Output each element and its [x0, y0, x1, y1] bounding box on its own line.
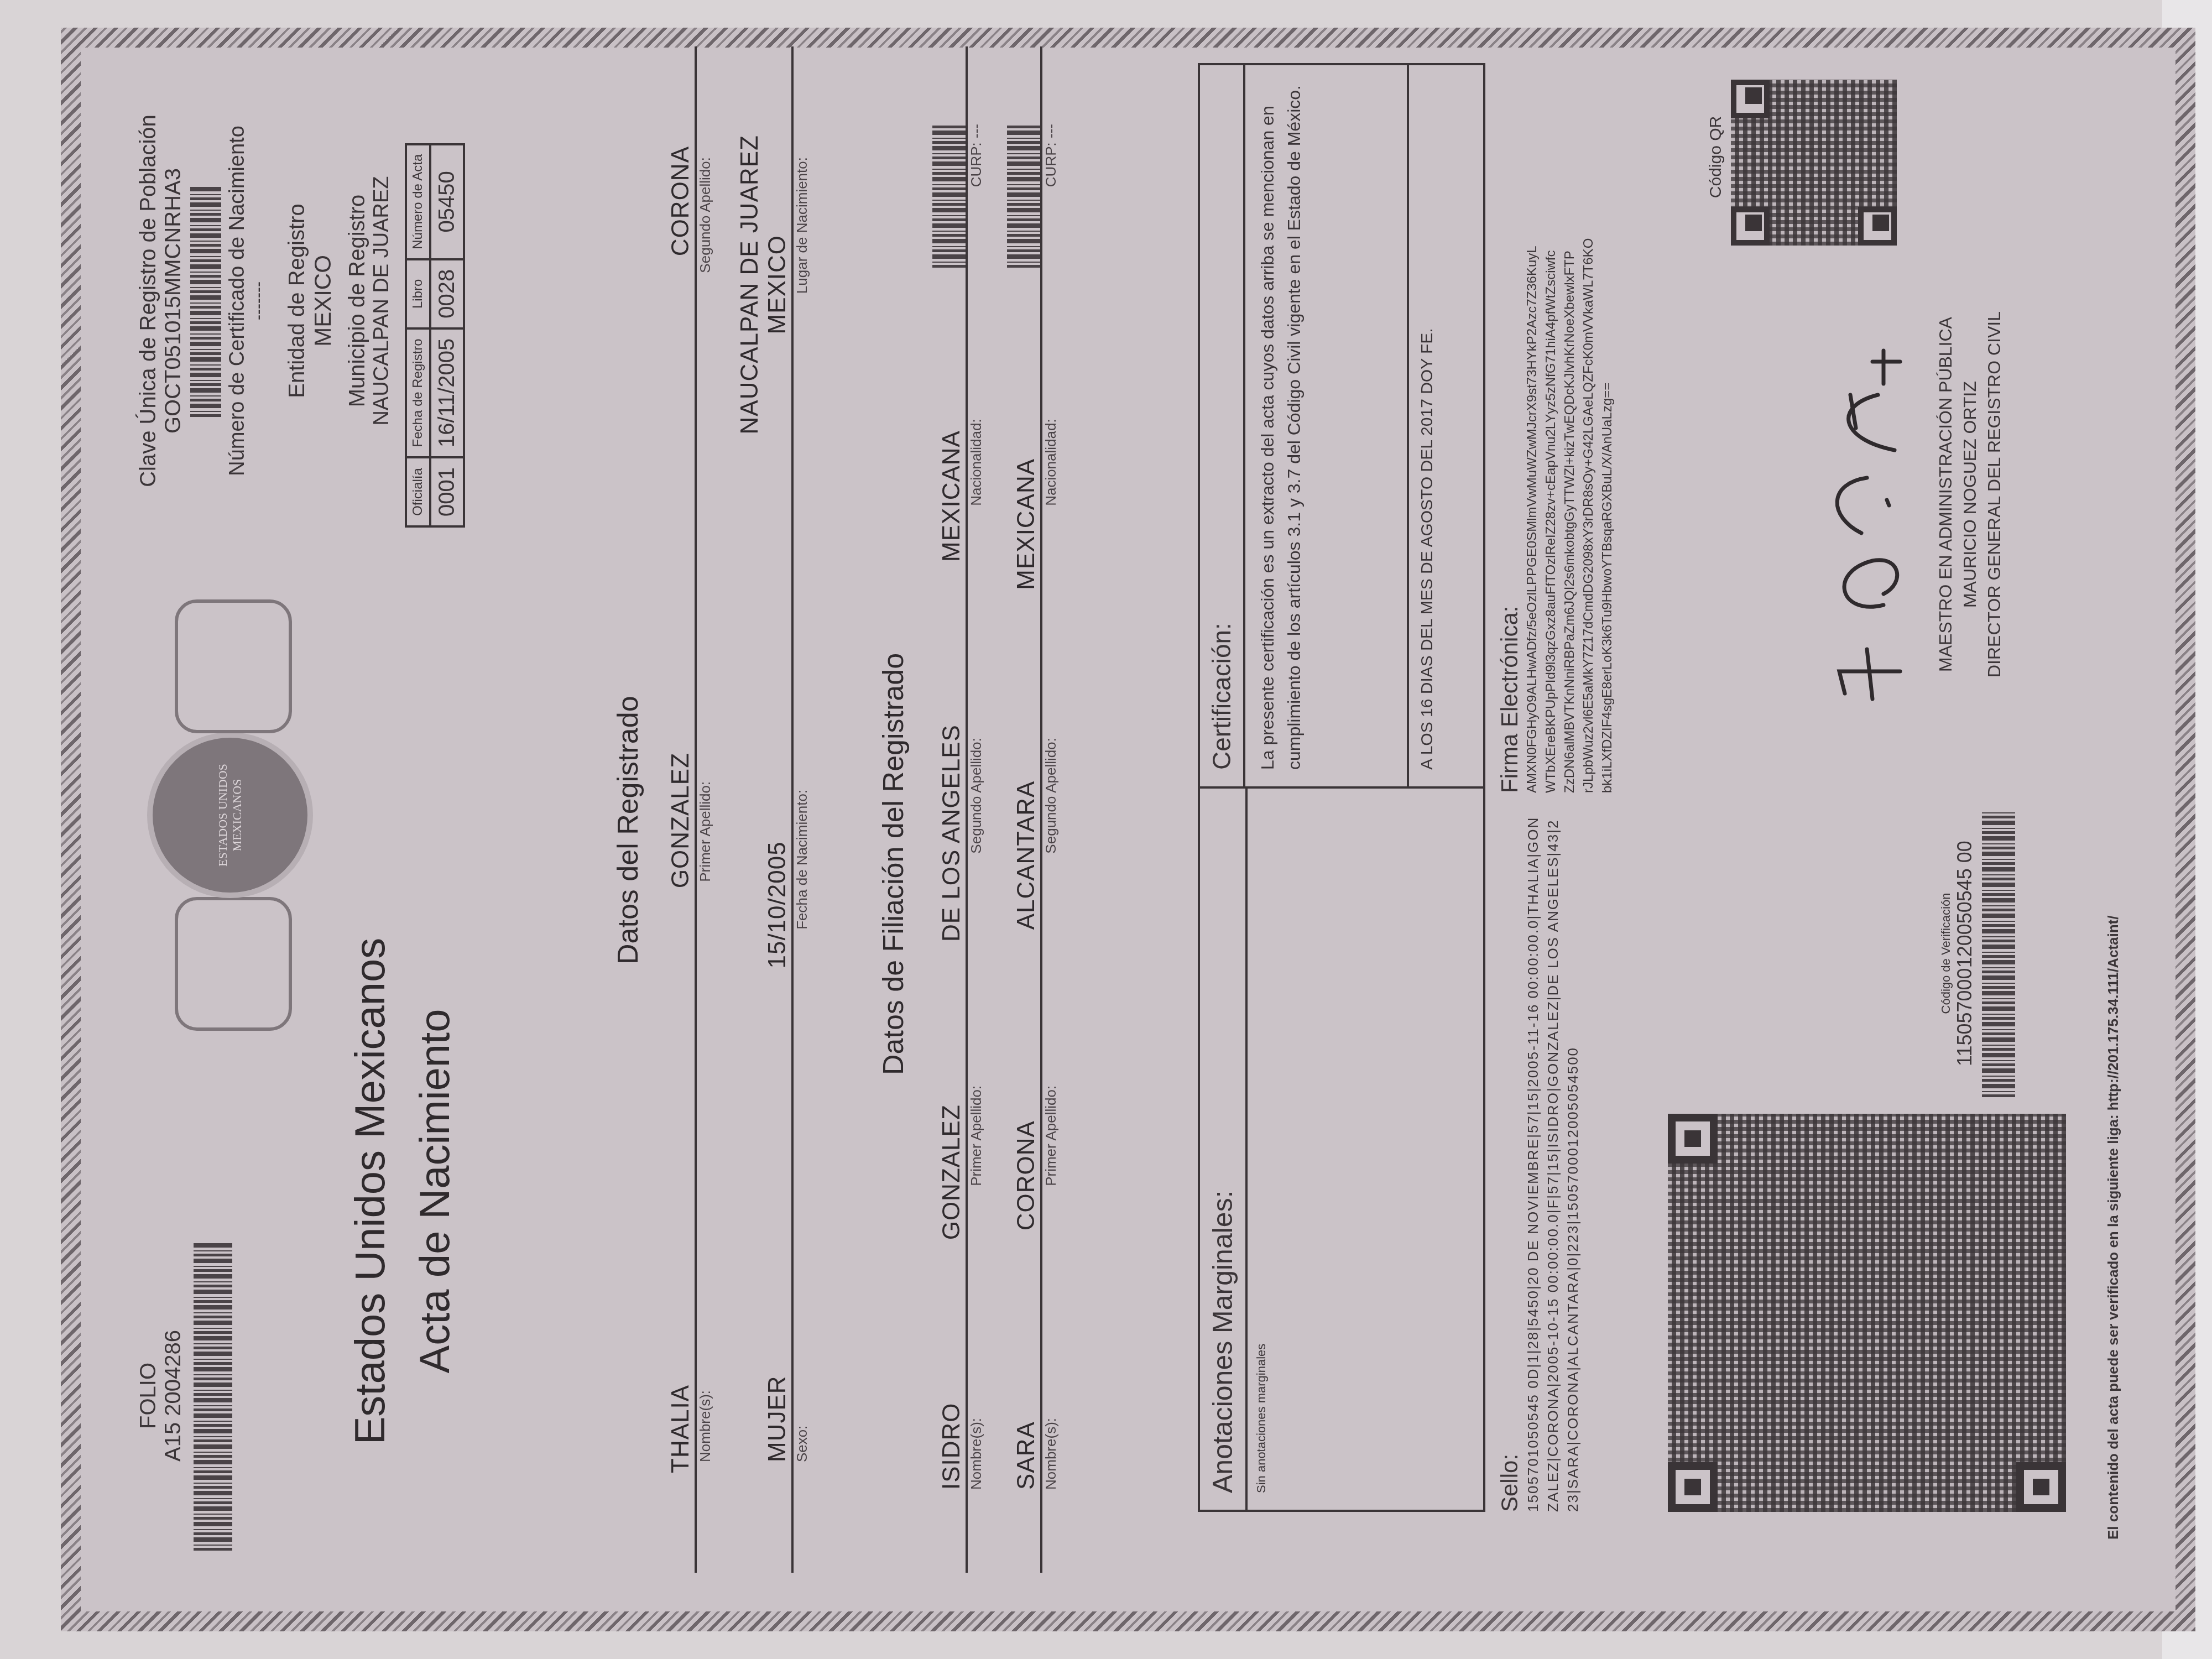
qr-finder-icon: [1668, 1462, 1718, 1512]
padre-primer-apellido-label: Primer Apellido:: [968, 1086, 985, 1186]
madre-curp-label: CURP:: [1042, 142, 1059, 187]
firma-electronica-block: Firma Electrónica: AMXN0FGHyO9ALHwADfz/5…: [1496, 58, 1617, 793]
folio-label: FOLIO: [136, 1241, 161, 1551]
registrado-fecha-nacimiento: 15/10/2005: [764, 841, 791, 968]
padre-row: ISIDRO GONZALEZ DE LOS ANGELES MEXICANA …: [932, 46, 985, 1573]
municipio-label: Municipio de Registro: [345, 52, 370, 550]
director-block: MAESTRO EN ADMINISTRACIÓN PÚBLICA MAURIC…: [1933, 246, 2006, 743]
verificacion-block: Código de Verificación 11505700012005054…: [1939, 810, 2015, 1097]
cert-number-label: Número de Certificado de Nacimiento: [226, 52, 249, 550]
certificacion-title: Certificación:: [1200, 65, 1245, 786]
padre-curp-value: ---: [968, 124, 984, 138]
lugar-line2: MEXICO: [764, 135, 791, 434]
padre-segundo-apellido-label: Segundo Apellido:: [968, 738, 985, 854]
padre-curp-label: CURP:: [968, 142, 984, 187]
document-title: Acta de Nacimiento: [411, 832, 459, 1551]
municipio-value: NAUCALPAN DE JUAREZ: [370, 52, 394, 550]
firma-electronica-line: rJLpbWuz2vl6E5aMkY7Z17dCmdDG2098xY3rDR8s…: [1579, 58, 1598, 793]
footer-verification-text: El contenido del acta puede ser verifica…: [2105, 46, 2122, 1540]
anotaciones-panel: Anotaciones Marginales: Sin anotaciones …: [1200, 786, 1483, 1510]
padre-nacionalidad-label: Nacionalidad:: [968, 419, 985, 506]
padre-curp: CURP: ---: [968, 124, 985, 187]
padre-nombre: ISIDRO: [938, 1402, 966, 1490]
registrado-lugar-nacimiento: NAUCALPAN DE JUAREZ MEXICO: [736, 135, 791, 434]
primer-apellido-label: Primer Apellido:: [697, 781, 714, 882]
firma-electronica-line: WTbXEreBKPUpPId9l3qzGxz8auFfTOzlReIZ28zv…: [1542, 58, 1561, 793]
firma-electronica-line: bk1iLXfDZIF4sgE8erLoK3k6Tu9HbwoYTBsqaRGX…: [1598, 58, 1617, 793]
signature-icon: [1718, 328, 1928, 716]
anotaciones-text: Sin anotaciones marginales: [1248, 789, 1275, 1510]
qr-finder-icon: [2016, 1462, 2066, 1512]
small-qr-block: Código QR: [1707, 69, 1897, 246]
fecha-nacimiento-label: Fecha de Nacimiento:: [794, 790, 811, 930]
annotations-certification-box: Anotaciones Marginales: Sin anotaciones …: [1198, 63, 1485, 1512]
sello-text: 1505701050545 0D|1|28|5450|20 DE NOVIEMB…: [1523, 815, 1583, 1512]
small-qr-code-icon[interactable]: [1731, 80, 1897, 246]
madre-nombre-label: Nombre(s):: [1042, 1418, 1060, 1490]
entidad-label: Entidad de Registro: [285, 52, 310, 550]
curp-barcode-icon: [190, 185, 221, 417]
qr-finder-icon: [1731, 80, 1770, 118]
padre-curp-barcode-icon: [932, 124, 966, 268]
firma-electronica-label: Firma Electrónica:: [1496, 58, 1523, 793]
entidad-value: MEXICO: [310, 52, 336, 550]
padre-nacionalidad: MEXICANA: [938, 430, 966, 562]
cert-number-value: -------: [249, 52, 268, 550]
madre-row: SARA CORONA ALCANTARA MEXICANA Nombre(s)…: [1007, 46, 1060, 1573]
verificacion-barcode-icon: [1982, 810, 2015, 1097]
national-seal: ESTADOS UNIDOS MEXICANOS: [125, 599, 379, 1031]
sello-label: Sello:: [1496, 815, 1523, 1512]
lugar-nacimiento-label: Lugar de Nacimiento:: [794, 157, 811, 294]
curp-label: Clave Única de Registro de Población: [136, 52, 161, 550]
firma-electronica-line: ZzDN6alMBVTKnNniRBPaZm6JQI2s6mkobtgGyTTW…: [1561, 58, 1579, 793]
madre-curp-barcode-icon: [1007, 124, 1040, 268]
qr-finder-icon: [1731, 207, 1770, 246]
libro-value: 0028: [430, 259, 464, 328]
folio-barcode-icon: [194, 1241, 232, 1551]
director-title: MAESTRO EN ADMINISTRACIÓN PÚBLICA: [1933, 246, 1958, 743]
director-position: DIRECTOR GENERAL DEL REGISTRO CIVIL: [1982, 246, 2006, 743]
birth-certificate: FOLIO A15 2004286 ESTADOS UNIDOS MEXICAN…: [61, 28, 2195, 1631]
registrado-primer-apellido: GONZALEZ: [667, 753, 695, 888]
curp-value: GOCT051015MMCNRHA3: [161, 52, 186, 550]
madre-segundo-apellido: ALCANTARA: [1013, 781, 1040, 930]
verificacion-label: Código de Verificación: [1939, 810, 1953, 1097]
verificacion-value: 115057000120050545 00: [1953, 810, 1976, 1097]
firma-electronica-line: AMXN0FGHyO9ALHwADfz/5eOzlLPPGE0SMlmVwMuW…: [1523, 58, 1542, 793]
anotaciones-title: Anotaciones Marginales:: [1200, 789, 1248, 1510]
qr-finder-icon: [1858, 207, 1897, 246]
aztec-ornament-left-icon: [175, 897, 292, 1031]
lugar-line1: NAUCALPAN DE JUAREZ: [736, 135, 764, 434]
handwritten-signature: [1718, 328, 1928, 716]
registrado-sexo: MUJER: [764, 1375, 791, 1462]
registrado-section: THALIA GONZALEZ CORONA Nombre(s): Primer…: [667, 46, 811, 1573]
filiacion-title-wrap: Datos de Filiación del Registrado: [877, 653, 910, 1075]
madre-curp-value: ---: [1042, 124, 1059, 138]
main-qr-code-icon[interactable]: [1668, 1114, 2066, 1512]
document-rotated: FOLIO A15 2004286 ESTADOS UNIDOS MEXICAN…: [61, 28, 2195, 1631]
madre-curp: CURP: ---: [1042, 124, 1060, 187]
madre-nacionalidad-label: Nacionalidad:: [1042, 419, 1060, 506]
madre-segundo-apellido-label: Segundo Apellido:: [1042, 738, 1060, 854]
sello-block: Sello: 1505701050545 0D|1|28|5450|20 DE …: [1496, 815, 1583, 1512]
certificacion-fecha: A LOS 16 DIAS DEL MES DE AGOSTO DEL 2017…: [1409, 65, 1446, 786]
padre-segundo-apellido: DE LOS ANGELES: [938, 724, 966, 942]
numero-acta-value: 05450: [430, 144, 464, 259]
registration-table: Oficialía Fecha de Registro Libro Número…: [405, 143, 465, 528]
fecha-registro-header: Fecha de Registro: [406, 328, 430, 457]
filiacion-section: ISIDRO GONZALEZ DE LOS ANGELES MEXICANA …: [932, 46, 1060, 1573]
registrado-section-title: Datos del Registrado: [612, 696, 645, 964]
director-name: MAURICIO NOGUEZ ORTIZ: [1958, 246, 1982, 743]
numero-acta-header: Número de Acta: [406, 144, 430, 259]
aztec-ornament-right-icon: [175, 599, 292, 733]
certificacion-panel: Certificación: La presente certificación…: [1200, 65, 1483, 786]
padre-nombre-label: Nombre(s):: [968, 1418, 985, 1490]
madre-primer-apellido: CORONA: [1013, 1120, 1040, 1230]
folio-value: A15 2004286: [161, 1241, 186, 1551]
country-title: Estados Unidos Mexicanos: [346, 832, 394, 1551]
filiacion-section-title: Datos de Filiación del Registrado: [877, 653, 910, 1075]
registrado-title-wrap: Datos del Registrado: [612, 696, 645, 964]
certificacion-text: La presente certificación es un extracto…: [1245, 65, 1409, 786]
coat-of-arms-icon: ESTADOS UNIDOS MEXICANOS: [147, 732, 313, 898]
seal-text: ESTADOS UNIDOS MEXICANOS: [216, 738, 244, 893]
libro-header: Libro: [406, 259, 430, 328]
oficialia-header: Oficialía: [406, 457, 430, 526]
registrado-segundo-apellido: CORONA: [667, 146, 695, 256]
madre-nacionalidad: MEXICANA: [1013, 458, 1040, 590]
padre-primer-apellido: GONZALEZ: [938, 1104, 966, 1240]
madre-nombre: SARA: [1013, 1421, 1040, 1490]
nombre-label: Nombre(s):: [697, 1390, 714, 1462]
fecha-registro-value: 16/11/2005: [430, 328, 464, 457]
qr-finder-icon: [1668, 1114, 1718, 1164]
header-right: Clave Única de Registro de Población GOC…: [136, 52, 465, 550]
sexo-label: Sexo:: [794, 1426, 811, 1463]
registrado-nombre: THALIA: [667, 1385, 695, 1473]
titles: Estados Unidos Mexicanos Acta de Nacimie…: [346, 832, 459, 1551]
segundo-apellido-label: Segundo Apellido:: [697, 157, 714, 273]
madre-primer-apellido-label: Primer Apellido:: [1042, 1086, 1060, 1186]
qr-label: Código QR: [1707, 69, 1725, 246]
folio-block: FOLIO A15 2004286: [136, 1241, 232, 1551]
oficialia-value: 0001: [430, 457, 464, 526]
